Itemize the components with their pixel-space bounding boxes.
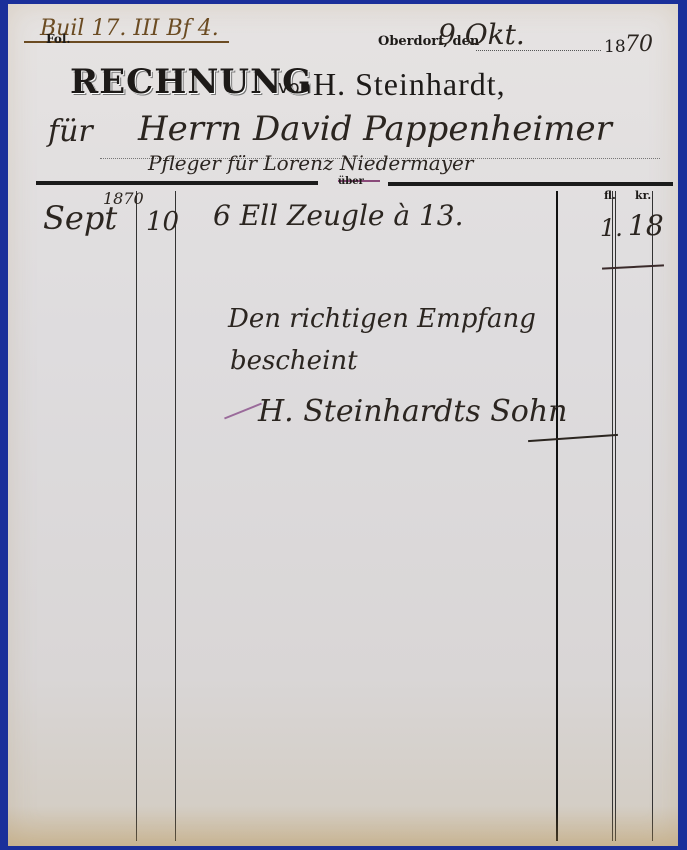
line-item-fl: 1. (600, 214, 623, 242)
signature: H. Steinhardts Sohn (258, 394, 568, 429)
header-rule-right (388, 182, 673, 186)
header-rule-left (36, 181, 318, 185)
year-printed: 18 (604, 37, 626, 57)
invoice-title: RECHNUNG (70, 62, 312, 102)
date-dotted-line (476, 50, 601, 51)
signature-flourish (528, 434, 618, 442)
customer-name: Herrn David Pappenheimer (138, 109, 612, 149)
ueber-label: über (338, 176, 364, 187)
von-label: von (278, 77, 311, 98)
column-divider-fl-kr-b (615, 191, 616, 841)
column-header-fl: fl. (604, 189, 616, 202)
line-item-kr: 18 (628, 209, 664, 242)
column-divider-right (652, 191, 653, 841)
fuer-label: für (48, 114, 93, 149)
mauve-pencil-mark (224, 403, 262, 420)
line-item-month: Sept (43, 199, 117, 237)
column-divider-day (175, 191, 176, 841)
column-header-kr: kr. (635, 189, 651, 202)
column-divider-month (136, 191, 137, 841)
fol-label: Fol. (46, 32, 71, 46)
year-handwritten: 70 (625, 32, 653, 57)
firm-name: H. Steinhardt, (313, 66, 506, 103)
invoice-paper: Buil 17. III Bf 4. Fol. Oberdorf, den 9 … (8, 4, 678, 846)
column-divider-amount (556, 191, 558, 841)
receipt-text-line2: bescheint (230, 346, 358, 376)
receipt-text-line1: Den richtigen Empfang (228, 304, 536, 334)
line-item-day: 10 (146, 207, 179, 237)
column-divider-fl-kr-a (612, 191, 613, 841)
customer-occupation: Pfleger für Lorenz Niedermayer (148, 151, 473, 175)
handwritten-date: 9 Okt. (438, 18, 525, 51)
line-item-description: 6 Ell Zeugle à 13. (213, 199, 464, 232)
